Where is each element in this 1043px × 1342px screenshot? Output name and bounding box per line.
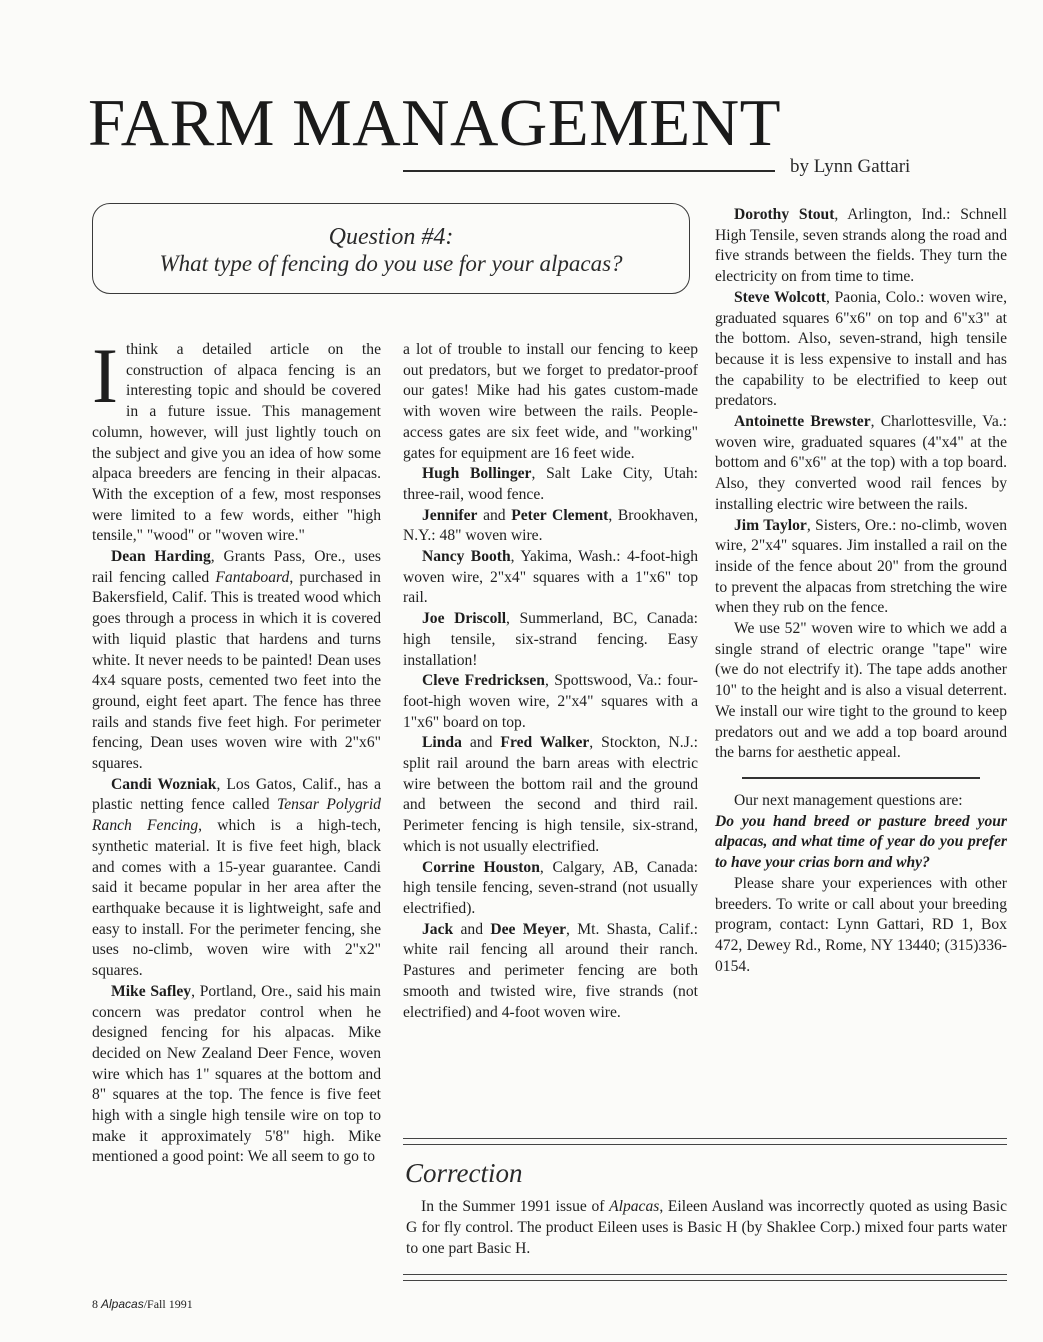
byline: by Lynn Gattari — [790, 156, 910, 178]
entry-dean-harding: Dean Harding, Grants Pass, Ore., uses ra… — [92, 547, 381, 775]
correction-bottom-rule — [403, 1274, 1007, 1281]
question-text: What type of fencing do you use for your… — [93, 250, 689, 278]
section-divider — [742, 777, 980, 779]
page-footer: 8 Alpacas/Fall 1991 — [92, 1297, 193, 1312]
entry-mike-safley: Mike Safley, Portland, Ore., said his ma… — [92, 982, 381, 1168]
entry-joe-driscoll: Joe Driscoll, Summerland, BC, Canada: hi… — [403, 609, 698, 671]
byline-rule — [403, 170, 775, 172]
column-1: Ithink a detailed article on the constru… — [92, 340, 381, 1168]
entry-corrine-houston: Corrine Houston, Calgary, AB, Canada: hi… — [403, 858, 698, 920]
entry-antoinette-brewster: Antoinette Brewster, Charlottesville, Va… — [715, 412, 1007, 516]
correction-body: In the Summer 1991 issue of Alpacas, Eil… — [406, 1196, 1007, 1259]
column-3: Dorothy Stout, Arlington, Ind.: Schnell … — [715, 205, 1007, 977]
column-2: a lot of trouble to install our fencing … — [403, 340, 698, 1023]
entry-peter-clement: Jennifer and Peter Clement, Brookhaven, … — [403, 506, 698, 547]
correction-top-rule — [403, 1138, 1007, 1145]
issue-label: /Fall 1991 — [144, 1297, 193, 1311]
entry-fred-walker: Linda and Fred Walker, Stockton, N.J.: s… — [403, 733, 698, 857]
entry-cleve-fredricksen: Cleve Fredricksen, Spottswood, Va.: four… — [403, 671, 698, 733]
entry-nancy-booth: Nancy Booth, Yakima, Wash.: 4-foot-high … — [403, 547, 698, 609]
entry-hugh-bollinger: Hugh Bollinger, Salt Lake City, Utah: th… — [403, 464, 698, 505]
entry-jim-taylor: Jim Taylor, Sisters, Ore.: no-climb, wov… — [715, 516, 1007, 620]
entry-mike-safley-continued: a lot of trouble to install our fencing … — [403, 340, 698, 464]
entry-dee-meyer: Jack and Dee Meyer, Mt. Shasta, Calif.: … — [403, 920, 698, 1024]
author-note: We use 52" woven wire to which we add a … — [715, 619, 1007, 764]
magazine-name: Alpacas — [101, 1297, 144, 1311]
question-label: Question #4: — [93, 224, 689, 250]
next-question: Do you hand breed or pasture breed your … — [715, 812, 1007, 874]
correction-title: Correction — [405, 1158, 523, 1189]
question-box: Question #4: What type of fencing do you… — [92, 203, 690, 294]
next-questions-lead: Our next management questions are: — [715, 791, 1007, 812]
contact-info: Please share your experiences with other… — [715, 874, 1007, 978]
page-title: FARM MANAGEMENT — [88, 88, 781, 158]
drop-cap: I — [92, 344, 118, 406]
intro-paragraph: Ithink a detailed article on the constru… — [92, 340, 381, 547]
page-number: 8 — [92, 1297, 98, 1311]
entry-steve-wolcott: Steve Wolcott, Paonia, Colo.: woven wire… — [715, 288, 1007, 412]
entry-dorothy-stout: Dorothy Stout, Arlington, Ind.: Schnell … — [715, 205, 1007, 288]
entry-candi-wozniak: Candi Wozniak, Los Gatos, Calif., has a … — [92, 775, 381, 982]
